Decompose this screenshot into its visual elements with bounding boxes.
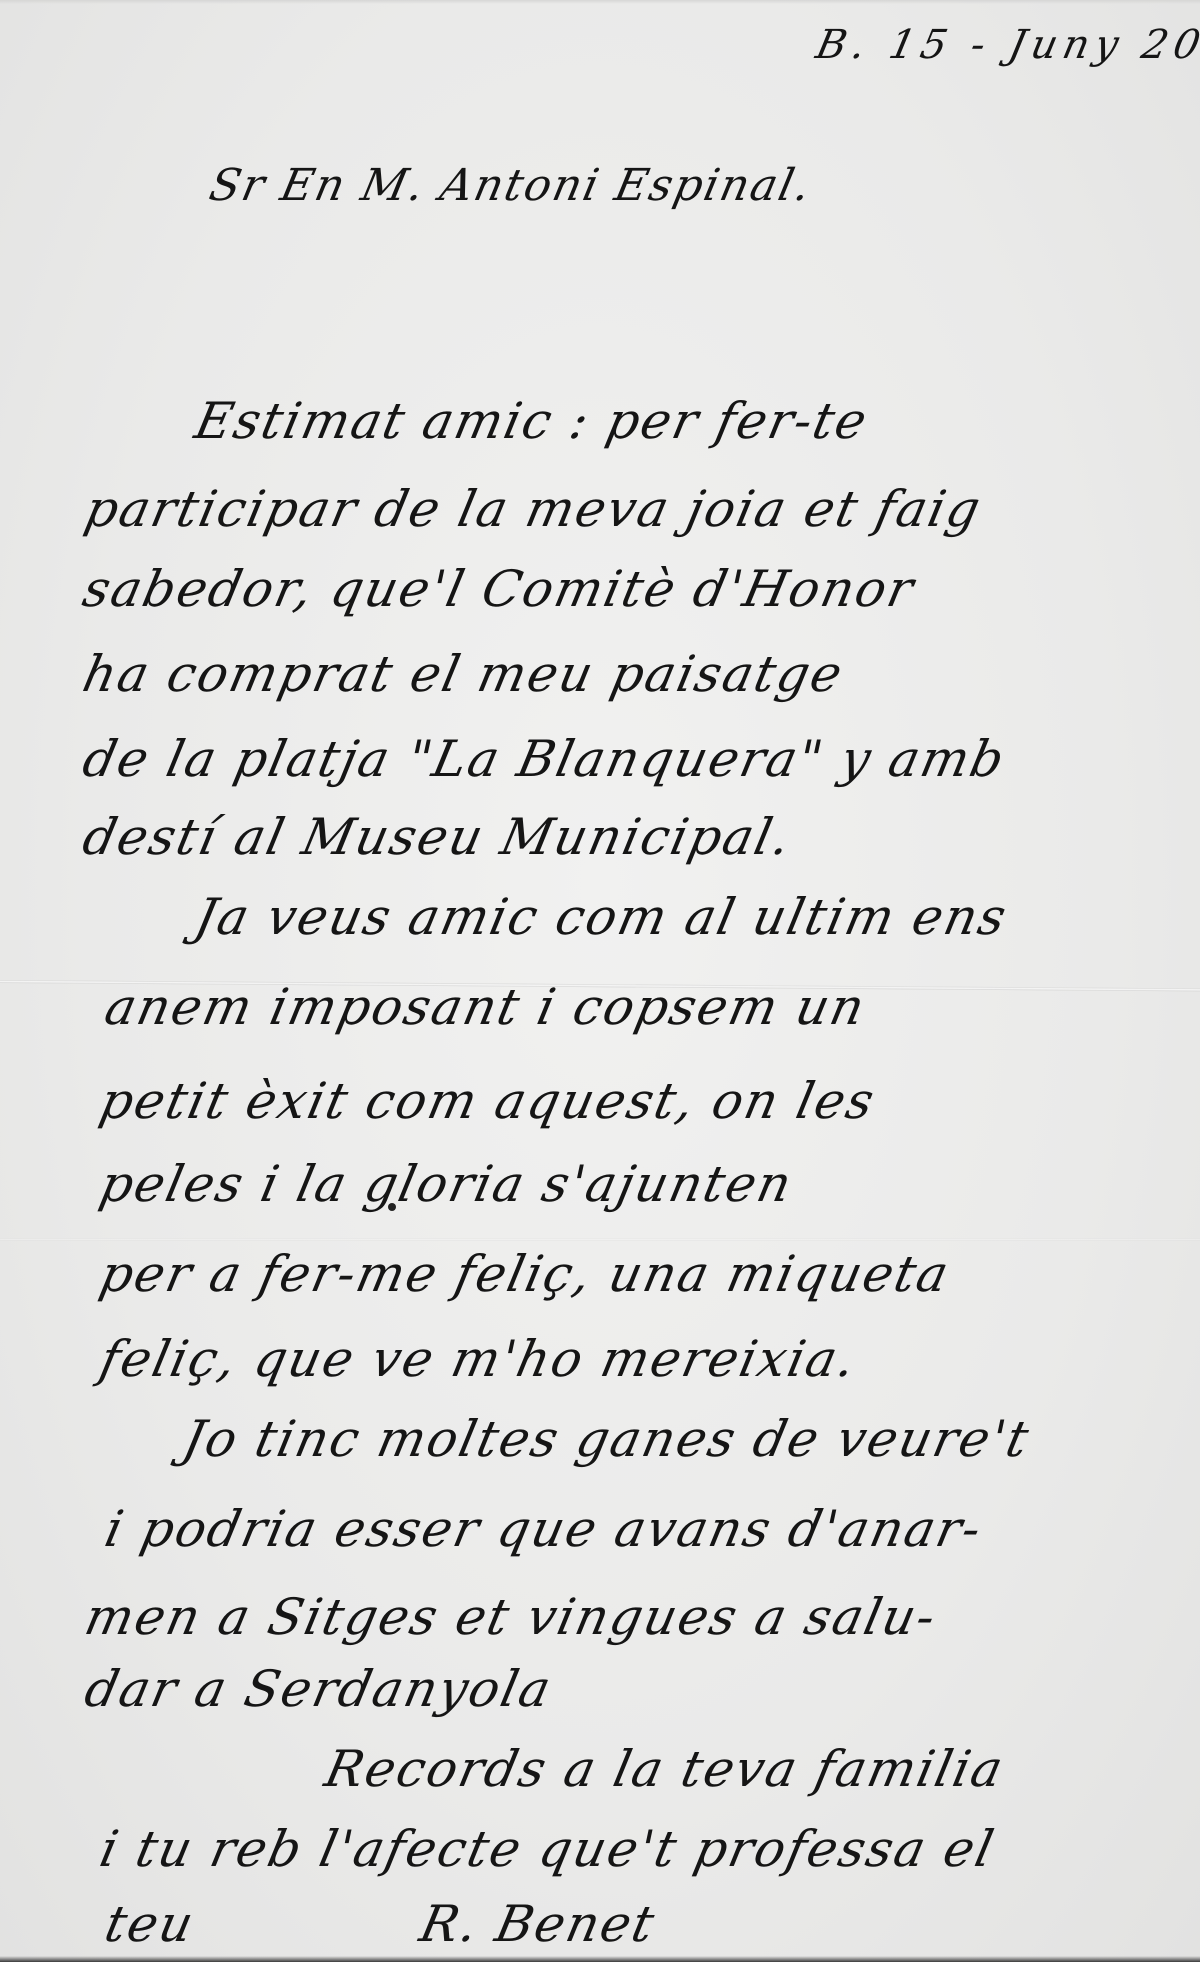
letter-salutation: Sr En M. Antoni Espinal. [205,160,817,211]
letter-line: ha comprat el meu paisatge [78,645,849,703]
letter-line: Estimat amic : per fer-te [190,392,874,450]
letter-line: per a fer-me feliç, una miqueta [95,1245,955,1303]
letter-closing: teu [100,1895,200,1953]
paper-bottom-edge [0,1956,1200,1962]
letter-line: petit èxit com aquest, on les [95,1072,881,1130]
letter-page: B. 15 - Juny 20 Sr En M. Antoni Espinal.… [0,0,1200,1962]
letter-date: B. 15 - Juny 20 [812,22,1200,68]
letter-line: participar de la meva joia et faig [80,480,987,538]
letter-line: anem imposant i copsem un [100,978,871,1036]
fold-crease-faint [0,1238,1200,1241]
letter-signature: R. Benet [415,1895,661,1953]
ink-speck [388,1203,396,1211]
letter-line: peles i la gloria s'ajunten [95,1155,798,1213]
paper-top-edge [0,0,1200,4]
letter-line: destí al Museu Municipal. [78,808,797,866]
letter-line: men a Sitges et vingues a salu- [80,1588,942,1646]
letter-line: Jo tinc moltes ganes de veure't [178,1410,1035,1468]
letter-line: Ja veus amic com al ultim ens [190,888,1013,946]
letter-line: dar a Serdanyola [80,1660,558,1718]
letter-line: Records a la teva familia [320,1740,1010,1798]
letter-line: sabedor, que'l Comitè d'Honor [78,560,920,618]
letter-line: feliç, que ve m'ho mereixia. [95,1330,862,1388]
letter-line: de la platja "La Blanquera" y amb [78,730,1011,788]
letter-line: i tu reb l'afecte que't professa el [95,1820,1000,1878]
letter-line: i podria esser que avans d'anar- [100,1500,988,1558]
